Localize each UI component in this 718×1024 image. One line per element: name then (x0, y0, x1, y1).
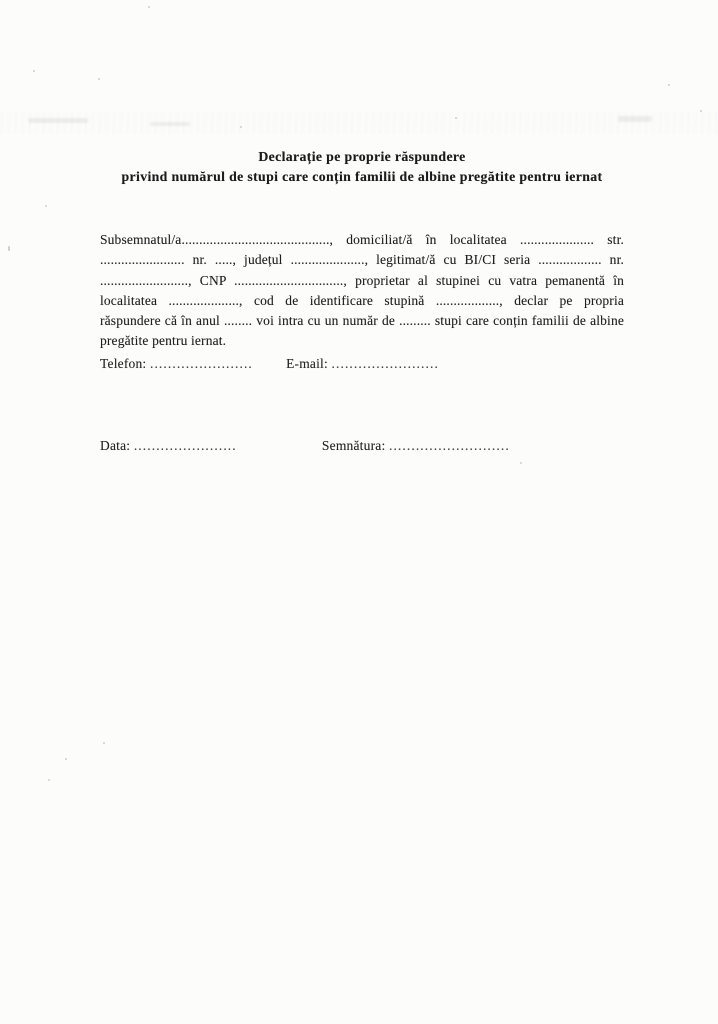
data-label: Data: (100, 438, 130, 453)
document-title-line1: Declarație pe proprie răspundere (100, 147, 624, 167)
scan-speck (65, 758, 67, 760)
semnatura-label: Semnătura: (322, 438, 385, 453)
semnatura-fill-line: ........................... (389, 438, 510, 453)
paragraph-line-6: pregătite pentru iernat. (100, 331, 624, 351)
email-label: E-mail: (286, 356, 328, 371)
document-title-line2: privind numărul de stupi care conțin fam… (100, 167, 624, 187)
telefon-fill-line: ....................... (150, 356, 253, 371)
paragraph-line-5: răspundere că în anul ........ voi intra… (100, 311, 624, 331)
scan-speck (700, 110, 702, 112)
scan-smudge (618, 116, 652, 122)
paragraph-line-2: ........................ nr. ....., jude… (100, 250, 624, 270)
declaration-paragraph: Subsemnatul/a...........................… (100, 230, 624, 352)
paragraph-line-1: Subsemnatul/a...........................… (100, 230, 624, 250)
scan-speck (520, 462, 522, 464)
scan-noise-band (0, 112, 718, 134)
telefon-label: Telefon: (100, 356, 146, 371)
data-fill-line: ....................... (134, 438, 237, 453)
scan-smudge (28, 118, 88, 123)
scan-speck (33, 70, 35, 72)
paragraph-line-3: ........................., CNP .........… (100, 271, 624, 291)
scan-smudge (150, 122, 190, 126)
signature-row: Data: ....................... Semnătura:… (100, 436, 624, 456)
scan-speck (45, 205, 47, 207)
scan-speck (668, 84, 670, 86)
scan-speck (240, 126, 242, 128)
scan-speck (98, 78, 100, 80)
scan-speck (148, 6, 150, 8)
document-title: Declarație pe proprie răspundere privind… (100, 147, 624, 187)
scan-speck (8, 246, 10, 251)
scan-speck (48, 779, 50, 781)
paragraph-line-4: localitatea ...................., cod de… (100, 291, 624, 311)
scan-speck (103, 742, 105, 744)
email-fill-line: ........................ (332, 356, 439, 371)
contact-row: Telefon: ....................... E-mail:… (100, 354, 624, 374)
scanned-declaration-page: Declarație pe proprie răspundere privind… (0, 0, 718, 1024)
scan-speck (455, 117, 457, 119)
